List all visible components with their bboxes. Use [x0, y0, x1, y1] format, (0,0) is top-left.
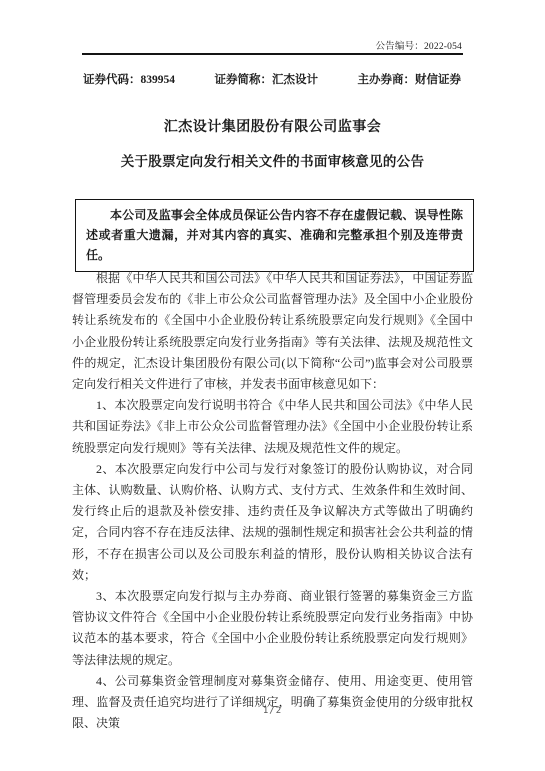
- header-rule: [82, 53, 463, 55]
- page-title-line2: 关于股票定向发行相关文件的书面审核意见的公告: [0, 150, 545, 170]
- announcement-number: 公告编号：2022-054: [375, 38, 462, 52]
- stock-short-name-label: 证券简称：汇杰设计: [215, 71, 319, 87]
- body-paragraph-item-3: 3、本次股票定向发行拟与主办券商、商业银行签署的募集资金三方监管协议文件符合《全…: [72, 586, 473, 671]
- page-number: 1/2: [0, 706, 545, 716]
- page-title-line1: 汇杰设计集团股份有限公司监事会: [0, 116, 545, 136]
- disclaimer-box: 本公司及监事会全体成员保证公告内容不存在虚假记载、误导性陈述或者重大遗漏，并对其…: [75, 199, 474, 272]
- announcement-page: 公告编号：2022-054 证券代码：839954 证券简称：汇杰设计 主办券商…: [0, 0, 545, 771]
- securities-header-row: 证券代码：839954 证券简称：汇杰设计 主办券商：财信证券: [83, 71, 461, 87]
- stock-code-label: 证券代码：839954: [83, 71, 175, 87]
- lead-broker-label: 主办券商：财信证券: [358, 71, 462, 87]
- body-paragraph-item-2: 2、本次股票定向发行中公司与发行对象签订的股份认购协议，对合同主体、认购数量、认…: [72, 459, 473, 586]
- announcement-body: 根据《中华人民共和国公司法》《中华人民共和国证券法》，中国证券监督管理委员会发布…: [72, 268, 473, 734]
- body-paragraph-item-4: 4、公司募集资金管理制度对募集资金储存、使用、用途变更、使用管理、监督及责任追究…: [72, 671, 473, 735]
- document-title: 汇杰设计集团股份有限公司监事会 关于股票定向发行相关文件的书面审核意见的公告: [0, 116, 545, 170]
- body-paragraph-item-1: 1、本次股票定向发行说明书符合《中华人民共和国公司法》《中华人民共和国证券法》《…: [72, 395, 473, 459]
- body-paragraph-intro: 根据《中华人民共和国公司法》《中华人民共和国证券法》，中国证券监督管理委员会发布…: [72, 268, 473, 395]
